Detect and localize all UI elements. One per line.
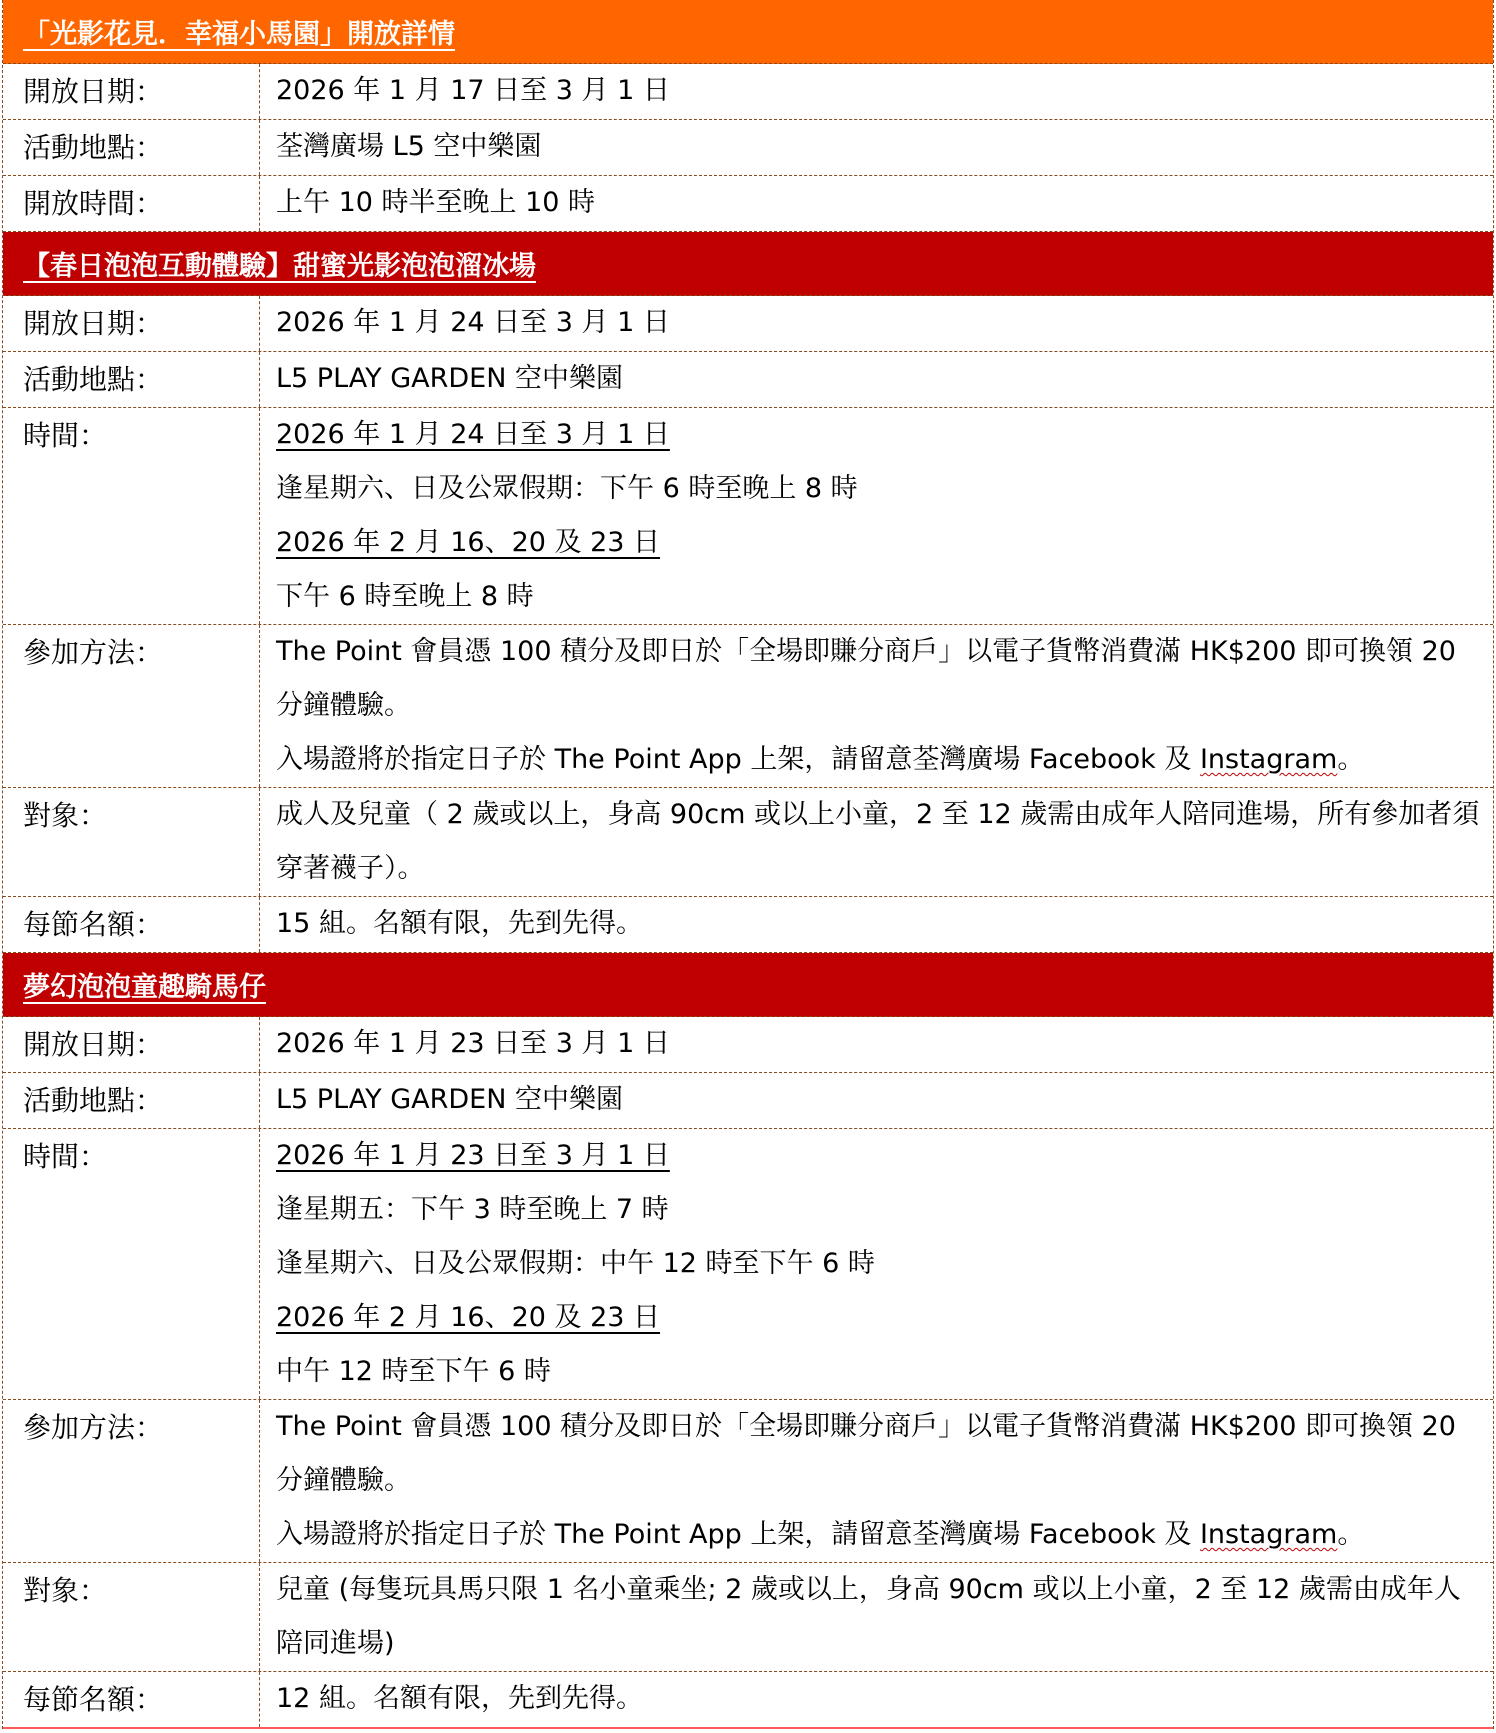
row-label: 活動地點： (3, 1073, 260, 1128)
schedule-text: 逢星期六、日及公眾假期：下午 6 時至晚上 8 時 (276, 462, 1481, 516)
section-title: 夢幻泡泡童趣騎馬仔 (23, 965, 266, 1004)
row-value: 兒童 (每隻玩具馬只限 1 名小童乘坐; 2 歲或以上，身高 90cm 或以上小… (276, 1563, 1485, 1671)
row-value: L5 PLAY GARDEN 空中樂園 (276, 1073, 1481, 1127)
date-range: 2026 年 1 月 24 日至 3 月 1 日 (276, 419, 670, 450)
row-label: 對象： (3, 1563, 260, 1671)
row-value: 2026 年 1 月 17 日至 3 月 1 日 (276, 64, 1481, 118)
row-venue: 活動地點： L5 PLAY GARDEN 空中樂園 (3, 352, 1493, 408)
row-how-to-join: 參加方法： The Point 會員憑 100 積分及即日於「全場即賺分商戶」以… (3, 1400, 1493, 1563)
special-dates: 2026 年 2 月 16、20 及 23 日 (276, 527, 660, 558)
event-details-document: 「光影花見．幸福小馬園」開放詳情 開放日期： 2026 年 1 月 17 日至 … (2, 0, 1494, 1729)
instagram-text: Instagram (1200, 1519, 1337, 1550)
join-method-text: The Point 會員憑 100 積分及即日於「全場即賺分商戶」以電子貨幣消費… (276, 625, 1485, 733)
row-quota: 每節名額： 12 組。名額有限，先到先得。 (3, 1672, 1493, 1729)
row-venue: 活動地點： L5 PLAY GARDEN 空中樂園 (3, 1073, 1493, 1129)
section-header-garden: 「光影花見．幸福小馬園」開放詳情 (3, 0, 1493, 64)
row-value: 2026 年 1 月 24 日至 3 月 1 日 (276, 296, 1481, 350)
row-how-to-join: 參加方法： The Point 會員憑 100 積分及即日於「全場即賺分商戶」以… (3, 625, 1493, 788)
date-range: 2026 年 1 月 23 日至 3 月 1 日 (276, 1140, 670, 1171)
row-label: 每節名額： (3, 897, 260, 952)
row-label: 開放日期： (3, 296, 260, 351)
row-open-date: 開放日期： 2026 年 1 月 17 日至 3 月 1 日 (3, 64, 1493, 120)
row-value: 荃灣廣場 L5 空中樂園 (276, 120, 1481, 174)
row-label: 開放日期： (3, 1017, 260, 1072)
row-label: 參加方法： (3, 625, 260, 787)
row-open-date: 開放日期： 2026 年 1 月 23 日至 3 月 1 日 (3, 1017, 1493, 1073)
join-method-text: The Point 會員憑 100 積分及即日於「全場即賺分商戶」以電子貨幣消費… (276, 1400, 1485, 1508)
schedule-text: 中午 12 時至下午 6 時 (276, 1345, 1481, 1399)
row-label: 開放時間： (3, 176, 260, 231)
row-venue: 活動地點： 荃灣廣場 L5 空中樂園 (3, 120, 1493, 176)
row-label: 參加方法： (3, 1400, 260, 1562)
row-value: 12 組。名額有限，先到先得。 (276, 1672, 1481, 1726)
pass-notice-text: 入場證將於指定日子於 The Point App 上架，請留意荃灣廣場 Face… (276, 744, 1200, 775)
schedule-text: 逢星期六、日及公眾假期：中午 12 時至下午 6 時 (276, 1237, 1481, 1291)
instagram-text: Instagram (1200, 744, 1337, 775)
row-value: 成人及兒童（ 2 歲或以上，身高 90cm 或以上小童，2 至 12 歲需由成年… (276, 788, 1485, 896)
row-open-date: 開放日期： 2026 年 1 月 24 日至 3 月 1 日 (3, 296, 1493, 352)
row-audience: 對象： 兒童 (每隻玩具馬只限 1 名小童乘坐; 2 歲或以上，身高 90cm … (3, 1563, 1493, 1672)
period: 。 (1337, 744, 1364, 775)
schedule-text: 下午 6 時至晚上 8 時 (276, 570, 1481, 624)
row-label: 開放日期： (3, 64, 260, 119)
special-dates: 2026 年 2 月 16、20 及 23 日 (276, 1302, 660, 1333)
row-label: 時間： (3, 1129, 260, 1399)
schedule-text: 逢星期五：下午 3 時至晚上 7 時 (276, 1183, 1481, 1237)
row-time: 時間： 2026 年 1 月 24 日至 3 月 1 日 逢星期六、日及公眾假期… (3, 408, 1493, 625)
section-header-pony-ride: 夢幻泡泡童趣騎馬仔 (3, 953, 1493, 1017)
pass-notice-text: 入場證將於指定日子於 The Point App 上架，請留意荃灣廣場 Face… (276, 1519, 1200, 1550)
row-audience: 對象： 成人及兒童（ 2 歲或以上，身高 90cm 或以上小童，2 至 12 歲… (3, 788, 1493, 897)
row-value: 上午 10 時半至晚上 10 時 (276, 176, 1481, 230)
row-time: 時間： 2026 年 1 月 23 日至 3 月 1 日 逢星期五：下午 3 時… (3, 1129, 1493, 1400)
row-value: 15 組。名額有限，先到先得。 (276, 897, 1481, 951)
row-label: 對象： (3, 788, 260, 896)
row-label: 時間： (3, 408, 260, 624)
section-title: 「光影花見．幸福小馬園」開放詳情 (23, 12, 455, 51)
row-label: 活動地點： (3, 352, 260, 407)
section-header-bubble-rink: 【春日泡泡互動體驗】甜蜜光影泡泡溜冰場 (3, 232, 1493, 296)
row-quota: 每節名額： 15 組。名額有限，先到先得。 (3, 897, 1493, 953)
row-value: L5 PLAY GARDEN 空中樂園 (276, 352, 1481, 406)
row-open-hours: 開放時間： 上午 10 時半至晚上 10 時 (3, 176, 1493, 232)
row-value: 2026 年 1 月 23 日至 3 月 1 日 (276, 1017, 1481, 1071)
row-label: 每節名額： (3, 1672, 260, 1727)
row-label: 活動地點： (3, 120, 260, 175)
section-title: 【春日泡泡互動體驗】甜蜜光影泡泡溜冰場 (23, 244, 536, 283)
period: 。 (1337, 1519, 1364, 1550)
